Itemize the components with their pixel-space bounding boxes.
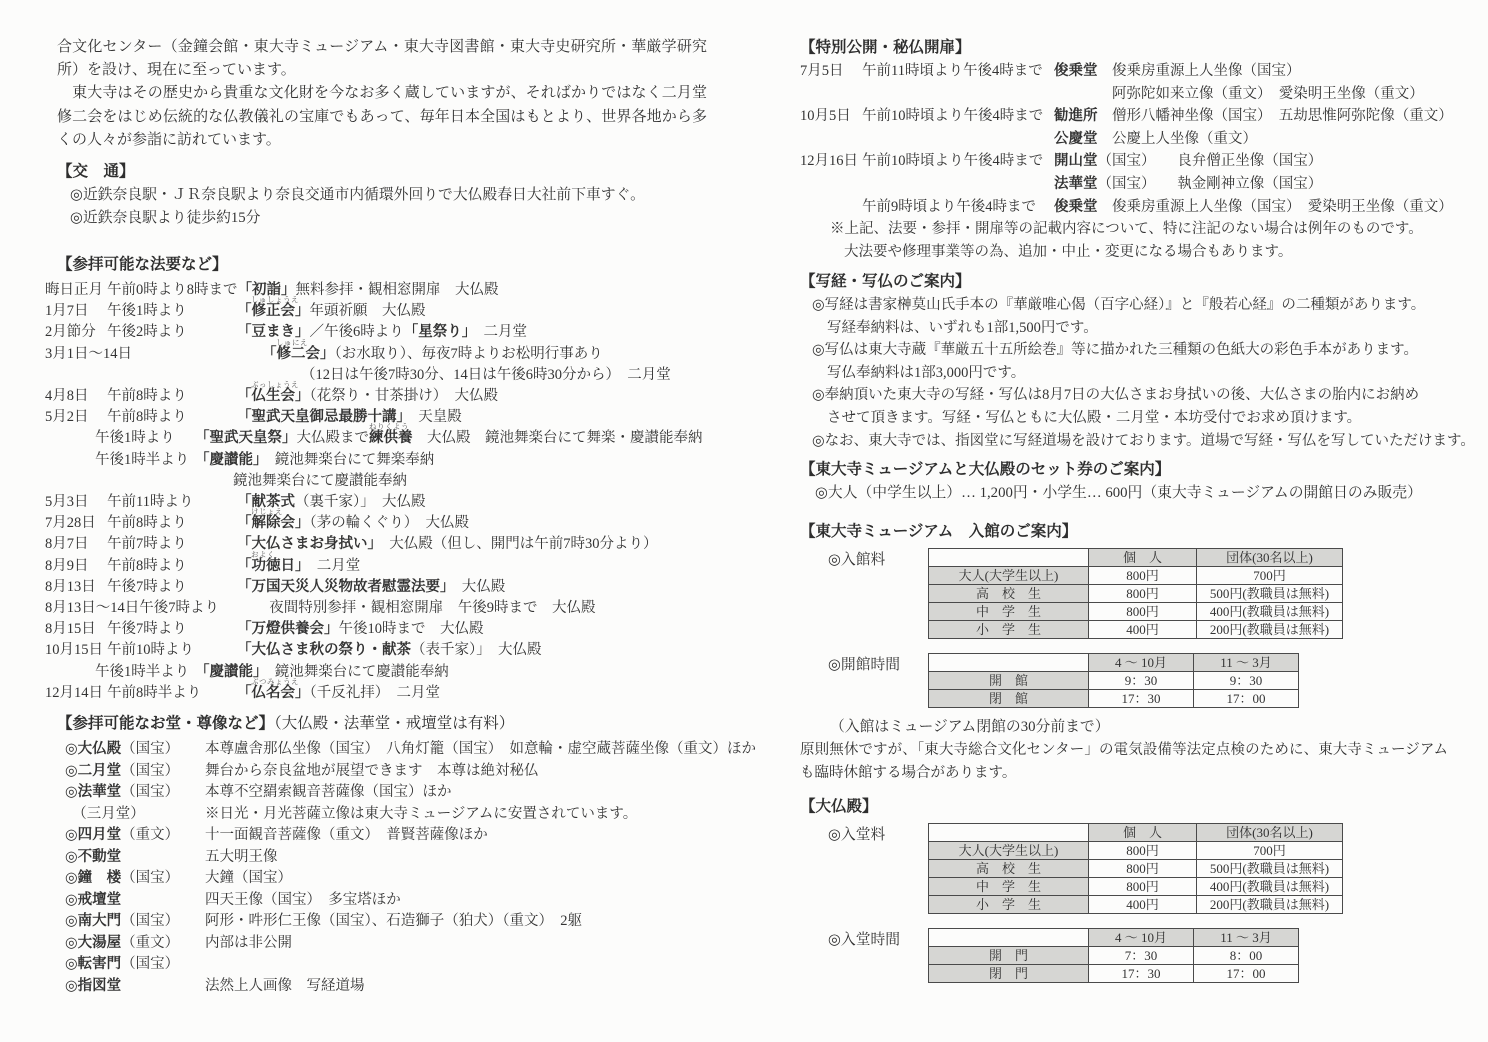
hall-desc: 舞台から奈良盆地が展望できます 本尊は絶対秘仏 — [205, 761, 756, 783]
event-title: 「解除会」けじょえ — [237, 515, 310, 531]
event-title: 練供養ねりくよう — [369, 430, 413, 446]
shakyo-heading: 【写経・写仏のご案内】 — [800, 270, 1475, 294]
hall-desc: 阿形・吽形仁王像（国宝）、石造獅子（狛犬）（重文） 2躯 — [205, 911, 756, 933]
special-row: 法華堂（国宝） 執金剛神立像（国宝） — [800, 173, 1453, 196]
halls-heading-title: 【参拝可能なお堂・尊像など】 — [57, 715, 274, 732]
museum-fee-table: 個 人団体(30名以上)大人(大学生以上)800円700円高 校 生800円50… — [928, 548, 1343, 639]
note-line: ※上記、法要・参拝・開扉等の記載内容について、特に注記のない場合は例年のものです… — [800, 218, 1453, 241]
shakyo-line: ◎奉納頂いた東大寺の写経・写仏は8月7日の大仏さまお身拭いの後、大仏さまの胎内に… — [800, 384, 1475, 407]
event-title: 「星祭り」 — [404, 324, 469, 340]
row-label-cell: 閉 門 — [929, 965, 1089, 983]
halls-rows: ◎大仏殿（国宝）本尊盧舎那仏坐像（国宝） 八角灯籠（国宝） 如意輪・虚空蔵菩薩坐… — [57, 739, 756, 997]
time-cell: 午前9時頃より午後4時まで — [862, 196, 1054, 219]
time-cell: 午前11時頃より午後4時まで — [862, 60, 1054, 83]
services-heading: 【参拝可能な法要など】 — [45, 253, 703, 277]
daibutsuden-hours-label: ◎入堂時間 — [800, 928, 928, 983]
intro-paragraph: 合文化センター（金鐘会館・東大寺ミュージアム・東大寺図書館・東大寺史研究所・華厳… — [57, 36, 707, 82]
row-label-cell: 開 館 — [929, 672, 1089, 690]
event-text: 俊乗房重源上人坐像（国宝） — [1098, 63, 1301, 79]
time-cell: 午後1時より — [95, 428, 195, 449]
value-cell: 200円(教職員は無料) — [1197, 621, 1343, 639]
value-cell: 800円 — [1089, 878, 1197, 896]
event-text: 年頭祈願 大仏殿 — [310, 303, 426, 319]
hall-row: ◎指図堂法然上人画像 写経道場 — [57, 976, 756, 998]
row-label-cell: 小 学 生 — [929, 621, 1089, 639]
schedule-row: 7月28日午前8時より「解除会」けじょえ（茅の輪くぐり） 大仏殿 — [45, 513, 703, 534]
event-text: 鏡池舞楽台にて慶讃能奉納 — [233, 473, 407, 489]
event-text: （お水取り）、毎夜7時よりお松明行事あり — [335, 346, 603, 362]
event-title: 俊乗堂 — [1054, 63, 1098, 79]
hall-row: ◎鐘 楼（国宝）大鐘（国宝） — [57, 868, 756, 890]
table-row: 閉 門17：3017：00 — [929, 965, 1299, 983]
daibutsuden-fee-label: ◎入堂料 — [800, 823, 928, 914]
furigana: ぶっしょうえ — [251, 381, 299, 389]
special-row: 阿弥陀如来立像（重文） 愛染明王坐像（重文） — [800, 83, 1453, 106]
hall-tag: （国宝） — [121, 763, 179, 779]
time-cell: 午前7時より — [107, 534, 237, 555]
hall-name: ◎法華堂 — [65, 784, 121, 800]
hall-tag: （国宝） — [121, 913, 179, 929]
time-cell: 午後1時半より — [95, 662, 195, 683]
time-cell: 午前8時より — [107, 386, 237, 407]
time-cell: 午前11時より — [107, 492, 237, 513]
event-text: （裏千家）」 大仏殿 — [295, 494, 426, 510]
museum-hours-label: ◎開館時間 — [800, 653, 928, 708]
event-text: 公慶上人坐像（重文） — [1098, 131, 1258, 147]
value-cell: 200円(教職員は無料) — [1197, 896, 1343, 914]
hall-row: ◎二月堂（国宝）舞台から奈良盆地が展望できます 本尊は絶対秘仏 — [57, 761, 756, 783]
date-cell: 10月5日 — [800, 105, 862, 128]
time-cell: 午前8時より — [107, 407, 237, 428]
special-row: 午前9時頃より午後4時まで俊乗堂 俊乗房重源上人坐像（国宝） 愛染明王坐像（重文… — [800, 196, 1453, 219]
hall-name: ◎転害門 — [65, 956, 121, 972]
date-cell: 12月14日 — [45, 683, 107, 704]
date-cell: 3月1日～14日 — [45, 344, 132, 365]
schedule-row: 3月1日～14日「修二会」しゅにえ（お水取り）、毎夜7時よりお松明行事あり — [45, 344, 703, 365]
schedule-row: 5月3日午前11時より「献茶式（裏千家）」 大仏殿 — [45, 492, 703, 513]
value-cell: 17：00 — [1194, 690, 1299, 708]
special-section: 【特別公開・秘仏開扉】 7月5日午前11時頃より午後4時まで俊乗堂 俊乗房重源上… — [800, 36, 1453, 263]
event-text: （花祭り・甘茶掛け） 大仏殿 — [310, 388, 499, 404]
event-title: 「功徳日」およく — [237, 558, 302, 574]
access-item: ◎近鉄奈良駅より徒歩約15分 — [57, 207, 645, 230]
museum-heading: 【東大寺ミュージアム 入館のご案内】 — [800, 520, 1448, 544]
hall-name-cell: ◎戒壇堂 — [65, 890, 205, 912]
schedule-row: 午後1時半より「慶讃能」 鏡池舞楽台にて慶讃能奉納 — [45, 662, 703, 683]
time-cell: 午後1時より — [107, 301, 237, 322]
schedule-row: 8月9日午前8時より「功徳日」およく 二月堂 — [45, 556, 703, 577]
table-row: 大人(大学生以上)800円700円 — [929, 567, 1343, 585]
table-row: 大人(大学生以上)800円700円 — [929, 842, 1343, 860]
table-row: 開 館9：309：30 — [929, 672, 1299, 690]
event-text: 大仏殿まで — [297, 430, 370, 446]
value-cell: 500円(教職員は無料) — [1197, 860, 1343, 878]
row-label-cell: 開 門 — [929, 947, 1089, 965]
row-label-cell: 中 学 生 — [929, 603, 1089, 621]
time-cell: 午後7時より — [107, 619, 237, 640]
halls-heading: 【参拝可能なお堂・尊像など】（大仏殿・法華堂・戒壇堂は有料） — [57, 712, 756, 736]
halls-section: 【参拝可能なお堂・尊像など】（大仏殿・法華堂・戒壇堂は有料） ◎大仏殿（国宝）本… — [57, 712, 756, 997]
hall-name-cell: ◎二月堂（国宝） — [65, 761, 205, 783]
value-cell: 17：30 — [1089, 690, 1194, 708]
hall-name: ◎二月堂 — [65, 763, 121, 779]
value-cell: 800円 — [1089, 603, 1197, 621]
special-notes: ※上記、法要・参拝・開扉等の記載内容について、特に注記のない場合は例年のものです… — [800, 218, 1453, 263]
hall-name: ◎指図堂 — [65, 978, 121, 994]
event-text: 僧形八幡神坐像（国宝） 五劫思惟阿弥陀像（重文） — [1098, 108, 1453, 124]
museum-hours-row: ◎開館時間 4 ～ 10月11 ～ 3月開 館9：309：30閉 館17：301… — [800, 653, 1448, 708]
schedule-row: 8月13日午後7時より「万国天災人災物故者慰霊法要」 大仏殿 — [45, 577, 703, 598]
event-text: 阿弥陀如来立像（重文） 愛染明王坐像（重文） — [1112, 86, 1424, 102]
museum-fee-row: ◎入館料 個 人団体(30名以上)大人(大学生以上)800円700円高 校 生8… — [800, 548, 1448, 639]
hall-desc: 四天王像（国宝） 多宝塔ほか — [205, 890, 756, 912]
date-cell: 12月16日 — [800, 150, 862, 173]
table-header-cell: 団体(30名以上) — [1197, 824, 1343, 842]
event-title: 「修二会」しゅにえ — [262, 346, 335, 362]
schedule-row: 晦日正月午前0時より8時まで「初詣」無料参拝・観相窓開扉 大仏殿 — [45, 280, 703, 301]
hall-desc: 大鐘（国宝） — [205, 868, 756, 890]
furigana: しゅしょうえ — [251, 296, 299, 304]
special-row: 7月5日午前11時頃より午後4時まで俊乗堂 俊乗房重源上人坐像（国宝） — [800, 60, 1453, 83]
hall-name-cell: ◎四月堂（重文） — [65, 825, 205, 847]
special-row: 公慶堂 公慶上人坐像（重文） — [800, 128, 1453, 151]
row-label-cell: 閉 館 — [929, 690, 1089, 708]
schedule-row: 1月7日午後1時より「修正会」しゅしょうえ年頭祈願 大仏殿 — [45, 301, 703, 322]
access-section: 【交 通】 ◎近鉄奈良駅・ＪＲ奈良駅より奈良交通市内循環外回りで大仏殿春日大社前… — [57, 160, 645, 230]
hall-tag: （国宝） — [121, 956, 179, 972]
hall-name-cell: ◎南大門（国宝） — [65, 911, 205, 933]
schedule-row: 午後1時半より「慶讃能」 鏡池舞楽台にて舞楽奉納 — [45, 450, 703, 471]
time-cell: 午前8時より — [107, 556, 237, 577]
event-title: 「万燈供養会」 — [237, 621, 339, 637]
event-text: 二月堂 — [469, 324, 527, 340]
shakyo-section: 【写経・写仏のご案内】 ◎写経は書家榊莫山氏手本の『華厳唯心偈（百字心経）』と『… — [800, 270, 1475, 452]
schedule-row: 8月15日午後7時より「万燈供養会」午後10時まで 大仏殿 — [45, 619, 703, 640]
table-header-cell: 11 ～ 3月 — [1194, 654, 1299, 672]
event-title: 勧進所 — [1054, 108, 1098, 124]
value-cell: 400円(教職員は無料) — [1197, 603, 1343, 621]
event-title: 開山堂 — [1054, 153, 1098, 169]
hall-row: （三月堂）※日光・月光菩薩立像は東大寺ミュージアムに安置されています。 — [57, 804, 756, 826]
table-header-cell: 4 ～ 10月 — [1089, 929, 1194, 947]
note-text: 大法要や修理事業等の為、追加・中止・変更になる場合もあります。 — [844, 244, 1292, 260]
date-cell: 5月3日 — [45, 492, 107, 513]
hall-tag: （三月堂） — [65, 806, 145, 822]
date-cell: 2月節分 — [45, 322, 107, 343]
time-cell: 午前0時より8時まで — [107, 280, 238, 301]
event-title: 「仏生会」ぶっしょうえ — [237, 388, 310, 404]
hall-row: ◎転害門（国宝） — [57, 954, 756, 976]
event-text: （千反礼拝） 二月堂 — [310, 685, 441, 701]
date-cell: 8月15日 — [45, 619, 107, 640]
time-cell: 午前8時半より — [107, 683, 237, 704]
pamphlet-page: 合文化センター（金鐘会館・東大寺ミュージアム・東大寺図書館・東大寺史研究所・華厳… — [0, 0, 1488, 1042]
event-text: 大仏殿（但し、開門は午前7時30分より） — [375, 536, 658, 552]
schedule-row: 4月8日午前8時より「仏生会」ぶっしょうえ（花祭り・甘茶掛け） 大仏殿 — [45, 386, 703, 407]
event-title: 「万国天災人災物故者慰霊法要」 — [237, 579, 447, 595]
date-cell: 晦日正月 — [45, 280, 107, 301]
row-label-cell: 小 学 生 — [929, 896, 1089, 914]
table-row: 中 学 生800円400円(教職員は無料) — [929, 878, 1343, 896]
intro-section: 合文化センター（金鐘会館・東大寺ミュージアム・東大寺図書館・東大寺史研究所・華厳… — [57, 36, 707, 152]
table-corner-cell — [929, 824, 1089, 842]
table-header-cell: 個 人 — [1089, 549, 1197, 567]
museum-closing-note: 原則無休ですが、「東大寺総合文化センター」の電気設備等法定点検のために、東大寺ミ… — [800, 739, 1448, 784]
hall-row: ◎戒壇堂四天王像（国宝） 多宝塔ほか — [57, 890, 756, 912]
table-row: 高 校 生800円500円(教職員は無料) — [929, 860, 1343, 878]
table-corner-cell — [929, 929, 1089, 947]
hall-desc: 五大明王像 — [205, 847, 756, 869]
time-cell: 午後2時より — [107, 322, 237, 343]
schedule-row: 2月節分午後2時より「豆まき」／午後6時より「星祭り」 二月堂 — [45, 322, 703, 343]
services-section: 【参拝可能な法要など】 晦日正月午前0時より8時まで「初詣」無料参拝・観相窓開扉… — [45, 253, 703, 704]
furigana: けじょえ — [251, 508, 283, 516]
hall-desc: 内部は非公開 — [205, 933, 756, 955]
table-header-row: 4 ～ 10月11 ～ 3月 — [929, 654, 1299, 672]
table-row: 閉 館17：3017：00 — [929, 690, 1299, 708]
event-text: 夜間特別参拝・観相窓開扉 午後9時まで 大仏殿 — [269, 600, 595, 616]
set-ticket-heading: 【東大寺ミュージアムと大仏殿のセット券のご案内】 — [800, 458, 1422, 482]
event-text: （国宝） 良弁僧正坐像（国宝） — [1098, 153, 1323, 169]
set-ticket-line: ◎大人（中学生以上）… 1,200円・小学生… 600円（東大寺ミュージアムの開… — [800, 482, 1422, 505]
hall-desc: 法然上人画像 写経道場 — [205, 976, 756, 998]
table-row: 中 学 生800円400円(教職員は無料) — [929, 603, 1343, 621]
furigana: しゅにえ — [276, 339, 308, 347]
value-cell: 400円 — [1089, 621, 1197, 639]
time-cell: 午前8時より — [107, 513, 237, 534]
table-row: 高 校 生800円500円(教職員は無料) — [929, 585, 1343, 603]
event-text: 俊乗房重源上人坐像（国宝） 愛染明王坐像（重文） — [1098, 199, 1453, 215]
hall-desc: 本尊不空羂索観音菩薩像（国宝）ほか — [205, 782, 756, 804]
daibutsuden-hours-row: ◎入堂時間 4 ～ 10月11 ～ 3月開 門7：308：00閉 門17：301… — [800, 928, 1343, 983]
value-cell: 400円(教職員は無料) — [1197, 878, 1343, 896]
hall-row: ◎法華堂（国宝）本尊不空羂索観音菩薩像（国宝）ほか — [57, 782, 756, 804]
shakyo-line: ◎写仏は東大寺蔵『華厳五十五所絵巻』等に描かれた三種類の色紙大の彩色手本がありま… — [800, 339, 1475, 362]
row-label-cell: 大人(大学生以上) — [929, 842, 1089, 860]
museum-section: 【東大寺ミュージアム 入館のご案内】 ◎入館料 個 人団体(30名以上)大人(大… — [800, 520, 1448, 784]
table-header-cell: 11 ～ 3月 — [1194, 929, 1299, 947]
table-header-cell: 個 人 — [1089, 824, 1197, 842]
event-title: 法華堂 — [1054, 176, 1098, 192]
furigana: およく — [251, 551, 275, 559]
special-row: 10月5日午前10時頃より午後4時まで勧進所 僧形八幡神坐像（国宝） 五劫思惟阿… — [800, 105, 1453, 128]
date-cell: 8月13日 — [45, 577, 107, 598]
furigana: ねりくよう — [369, 423, 409, 431]
schedule-row: （12日は午後7時30分、14日は午後6時30分から） 二月堂 — [45, 365, 703, 386]
daibutsuden-section: 【大仏殿】 ◎入堂料 個 人団体(30名以上)大人(大学生以上)800円700円… — [800, 795, 1343, 983]
hall-desc — [205, 954, 756, 976]
daibutsuden-hours-table: 4 ～ 10月11 ～ 3月開 門7：308：00閉 門17：3017：00 — [928, 928, 1299, 983]
daibutsuden-fee-table: 個 人団体(30名以上)大人(大学生以上)800円700円高 校 生800円50… — [928, 823, 1343, 914]
time-cell: 午前10時より — [107, 640, 237, 661]
value-cell: 9：30 — [1089, 672, 1194, 690]
museum-note: （入館はミュージアム閉館の30分前まで） — [800, 716, 1448, 739]
hall-name-cell: （三月堂） — [65, 804, 205, 826]
schedule-row: 12月14日午前8時半より「仏名会」ぶつみょうえ（千反礼拝） 二月堂 — [45, 683, 703, 704]
value-cell: 700円 — [1197, 842, 1343, 860]
value-cell: 800円 — [1089, 567, 1197, 585]
time-cell: 午前10時頃より午後4時まで — [862, 105, 1054, 128]
hall-tag: （国宝） — [121, 741, 179, 757]
event-title: 「聖武天皇祭」 — [195, 430, 297, 446]
date-cell: 4月8日 — [45, 386, 107, 407]
event-text: 大仏殿 鏡池舞楽台にて舞楽・慶讃能奉納 — [413, 430, 703, 446]
schedule-row: 8月13日～14日午後7時より夜間特別参拝・観相窓開扉 午後9時まで 大仏殿 — [45, 598, 703, 619]
date-cell: 8月7日 — [45, 534, 107, 555]
hall-row: ◎大仏殿（国宝）本尊盧舎那仏坐像（国宝） 八角灯籠（国宝） 如意輪・虚空蔵菩薩坐… — [57, 739, 756, 761]
date-cell: 8月13日～14日 — [45, 598, 139, 619]
hall-name: ◎四月堂 — [65, 827, 121, 843]
hall-row: ◎四月堂（重文）十一面観音菩薩像（重文） 普賢菩薩像ほか — [57, 825, 756, 847]
row-label-cell: 高 校 生 — [929, 860, 1089, 878]
event-text: 鏡池舞楽台にて舞楽奉納 — [260, 452, 434, 468]
table-row: 開 門7：308：00 — [929, 947, 1299, 965]
hall-name: ◎南大門 — [65, 913, 121, 929]
daibutsuden-heading: 【大仏殿】 — [800, 795, 1343, 819]
value-cell: 500円(教職員は無料) — [1197, 585, 1343, 603]
table-header-row: 個 人団体(30名以上) — [929, 549, 1343, 567]
event-text: （表千家）」 大仏殿 — [411, 642, 542, 658]
event-text: （茅の輪くぐり） 大仏殿 — [310, 515, 470, 531]
hall-name-cell: ◎大仏殿（国宝） — [65, 739, 205, 761]
event-title: 「大仏さま秋の祭り・献茶 — [237, 642, 411, 658]
museum-hours-table: 4 ～ 10月11 ～ 3月開 館9：309：30閉 館17：3017：00 — [928, 653, 1299, 708]
hall-desc: 十一面観音菩薩像（重文） 普賢菩薩像ほか — [205, 825, 756, 847]
date-cell: 10月15日 — [45, 640, 107, 661]
value-cell: 17：00 — [1194, 965, 1299, 983]
shakyo-line: 写経奉納料は、いずれも1部1,500円です。 — [800, 317, 1475, 340]
shakyo-line: ◎写経は書家榊莫山氏手本の『華厳唯心偈（百字心経）』と『般若心経』の二種類があり… — [800, 294, 1475, 317]
hall-name: ◎鐘 楼 — [65, 870, 121, 886]
hall-row: ◎不動堂五大明王像 — [57, 847, 756, 869]
event-text: 二月堂 — [302, 558, 360, 574]
hall-name-cell: ◎大湯屋（重文） — [65, 933, 205, 955]
value-cell: 17：30 — [1089, 965, 1194, 983]
hall-desc: 本尊盧舎那仏坐像（国宝） 八角灯籠（国宝） 如意輪・虚空蔵菩薩坐像（重文）ほか — [205, 739, 756, 761]
event-text: （国宝） 執金剛神立像（国宝） — [1098, 176, 1323, 192]
value-cell: 800円 — [1089, 842, 1197, 860]
table-header-cell: 4 ～ 10月 — [1089, 654, 1194, 672]
hall-tag: （重文） — [121, 827, 179, 843]
hall-name-cell: ◎法華堂（国宝） — [65, 782, 205, 804]
hall-row: ◎大湯屋（重文）内部は非公開 — [57, 933, 756, 955]
schedule-row: 8月7日午前7時より「大仏さまお身拭い」 大仏殿（但し、開門は午前7時30分より… — [45, 534, 703, 555]
hall-name: ◎大仏殿 — [65, 741, 121, 757]
time-cell: 午前10時頃より午後4時まで — [862, 150, 1054, 173]
hall-name-cell: ◎転害門（国宝） — [65, 954, 205, 976]
furigana: ぶつみょうえ — [251, 678, 299, 686]
row-label-cell: 高 校 生 — [929, 585, 1089, 603]
date-cell: 5月2日 — [45, 407, 107, 428]
set-ticket-section: 【東大寺ミュージアムと大仏殿のセット券のご案内】 ◎大人（中学生以上）… 1,2… — [800, 458, 1422, 505]
access-heading: 【交 通】 — [57, 160, 645, 184]
event-title: 公慶堂 — [1054, 131, 1098, 147]
event-text: 無料参拝・観相窓開扉 大仏殿 — [296, 282, 499, 298]
daibutsuden-fee-row: ◎入堂料 個 人団体(30名以上)大人(大学生以上)800円700円高 校 生8… — [800, 823, 1343, 914]
hall-tag: （国宝） — [121, 870, 179, 886]
hall-name: ◎大湯屋 — [65, 935, 121, 951]
value-cell: 400円 — [1089, 896, 1197, 914]
shakyo-lines: ◎写経は書家榊莫山氏手本の『華厳唯心偈（百字心経）』と『般若心経』の二種類があり… — [800, 294, 1475, 452]
table-corner-cell — [929, 654, 1089, 672]
shakyo-line: 写仏奉納料は1部3,000円です。 — [800, 362, 1475, 385]
table-row: 小 学 生400円200円(教職員は無料) — [929, 896, 1343, 914]
schedule-row: 午後1時より「聖武天皇祭」大仏殿まで練供養ねりくよう 大仏殿 鏡池舞楽台にて舞楽… — [45, 428, 703, 449]
date-cell: 1月7日 — [45, 301, 107, 322]
table-header-cell: 団体(30名以上) — [1197, 549, 1343, 567]
hall-name-cell: ◎指図堂 — [65, 976, 205, 998]
hall-name-cell: ◎鐘 楼（国宝） — [65, 868, 205, 890]
shakyo-line: させて頂きます。写経・写仏ともに大仏殿・二月堂・本坊受付でお求め頂けます。 — [800, 407, 1475, 430]
special-rows: 7月5日午前11時頃より午後4時まで俊乗堂 俊乗房重源上人坐像（国宝）阿弥陀如来… — [800, 60, 1453, 218]
value-cell: 9：30 — [1194, 672, 1299, 690]
row-label-cell: 大人(大学生以上) — [929, 567, 1089, 585]
table-header-row: 個 人団体(30名以上) — [929, 824, 1343, 842]
event-title: 「仏名会」ぶつみょうえ — [237, 685, 310, 701]
hall-tag: （国宝） — [121, 784, 179, 800]
table-header-row: 4 ～ 10月11 ～ 3月 — [929, 929, 1299, 947]
value-cell: 800円 — [1089, 860, 1197, 878]
schedule-row: 10月15日午前10時より「大仏さま秋の祭り・献茶（表千家）」 大仏殿 — [45, 640, 703, 661]
value-cell: 700円 — [1197, 567, 1343, 585]
note-line: 大法要や修理事業等の為、追加・中止・変更になる場合もあります。 — [800, 241, 1453, 264]
event-text: 天皇殿 — [404, 409, 462, 425]
services-rows: 晦日正月午前0時より8時まで「初詣」無料参拝・観相窓開扉 大仏殿1月7日午後1時… — [45, 280, 703, 704]
access-item: ◎近鉄奈良駅・ＪＲ奈良駅より奈良交通市内循環外回りで大仏殿春日大社前下車すぐ。 — [57, 184, 645, 207]
table-row: 小 学 生400円200円(教職員は無料) — [929, 621, 1343, 639]
hall-name-cell: ◎不動堂 — [65, 847, 205, 869]
event-text: 大仏殿 — [447, 579, 505, 595]
special-heading: 【特別公開・秘仏開扉】 — [800, 36, 1453, 60]
date-cell: 8月9日 — [45, 556, 107, 577]
event-title: 「慶讃能」 — [195, 452, 260, 468]
date-cell: 7月5日 — [800, 60, 862, 83]
time-cell: 午後7時より — [139, 598, 269, 619]
time-cell: 午後1時半より — [95, 450, 195, 471]
value-cell: 8：00 — [1194, 947, 1299, 965]
value-cell: 7：30 — [1089, 947, 1194, 965]
hall-row: ◎南大門（国宝）阿形・吽形仁王像（国宝）、石造獅子（狛犬）（重文） 2躯 — [57, 911, 756, 933]
museum-fee-label: ◎入館料 — [800, 548, 928, 639]
halls-heading-note: （大仏殿・法華堂・戒壇堂は有料） — [274, 715, 514, 732]
event-text: ／午後6時より — [310, 324, 404, 340]
value-cell: 800円 — [1089, 585, 1197, 603]
intro-paragraph: 東大寺はその歴史から貴重な文化財を今なお多く蔵していますが、そればかりではなく二… — [57, 82, 707, 152]
event-title: 俊乗堂 — [1054, 199, 1098, 215]
time-cell: 午後7時より — [107, 577, 237, 598]
hall-tag: （重文） — [121, 935, 179, 951]
hall-desc: ※日光・月光菩薩立像は東大寺ミュージアムに安置されています。 — [205, 804, 756, 826]
schedule-row: 鏡池舞楽台にて慶讃能奉納 — [45, 471, 703, 492]
special-row: 12月16日午前10時頃より午後4時まで開山堂（国宝） 良弁僧正坐像（国宝） — [800, 150, 1453, 173]
row-label-cell: 中 学 生 — [929, 878, 1089, 896]
event-text: （12日は午後7時30分、14日は午後6時30分から） 二月堂 — [301, 367, 671, 383]
note-text: ※上記、法要・参拝・開扉等の記載内容について、特に注記のない場合は例年のものです… — [830, 221, 1423, 237]
event-text: 午後10時まで 大仏殿 — [339, 621, 484, 637]
table-corner-cell — [929, 549, 1089, 567]
date-cell: 7月28日 — [45, 513, 107, 534]
hall-name: ◎不動堂 — [65, 849, 121, 865]
event-title: 「修正会」しゅしょうえ — [237, 303, 310, 319]
hall-name: ◎戒壇堂 — [65, 892, 121, 908]
shakyo-line: ◎なお、東大寺では、指図堂に写経道場を設けております。道場で写経・写仏を写してい… — [800, 430, 1475, 453]
